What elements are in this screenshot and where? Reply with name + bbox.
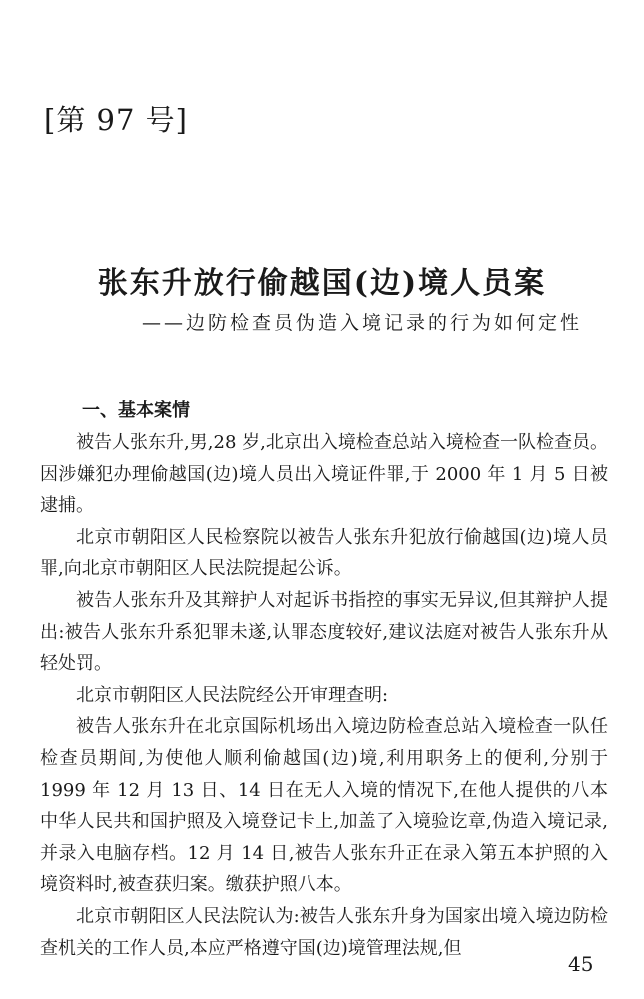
paragraph: 北京市朝阳区人民法院认为:被告人张东升身为国家出境入境边防检查机关的工作人员,本…: [40, 901, 608, 964]
case-number: [第 97 号]: [44, 98, 188, 139]
case-title: 张东升放行偷越国(边)境人员案: [0, 258, 644, 302]
page-number: 45: [568, 952, 593, 976]
section-heading: 一、基本案情: [40, 395, 608, 427]
paragraph: 被告人张东升及其辩护人对起诉书指控的事实无异议,但其辩护人提出:被告人张东升系犯…: [40, 585, 608, 680]
case-subtitle: ——边防检查员伪造入境记录的行为如何定性: [0, 308, 644, 335]
paragraph: 北京市朝阳区人民法院经公开审理查明:: [40, 680, 608, 712]
paragraph: 北京市朝阳区人民检察院以被告人张东升犯放行偷越国(边)境人员罪,向北京市朝阳区人…: [40, 522, 608, 585]
document-body: 一、基本案情 被告人张东升,男,28 岁,北京出入境检查总站入境检查一队检查员。…: [40, 395, 608, 964]
paragraph: 被告人张东升,男,28 岁,北京出入境检查总站入境检查一队检查员。因涉嫌犯办理偷…: [40, 427, 608, 522]
paragraph: 被告人张东升在北京国际机场出入境边防检查总站入境检查一队任检查员期间,为使他人顺…: [40, 711, 608, 901]
